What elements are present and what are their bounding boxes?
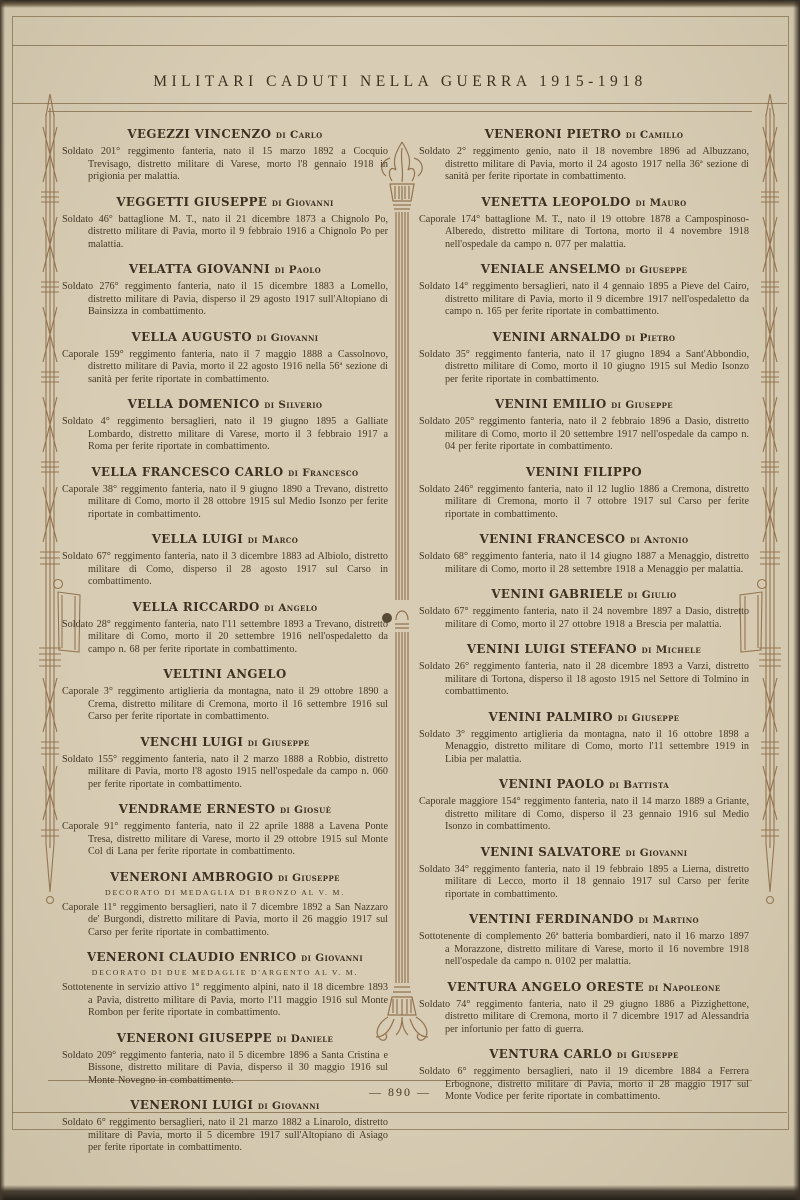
soldier-surname-forename: VENERONI PIETRO (485, 127, 622, 141)
soldier-record-text: Soldato 3° reggimento artiglieria da mon… (419, 729, 749, 767)
page-number: — 890 — (0, 1085, 800, 1100)
under-title-rule (12, 103, 787, 104)
photo-edge-bottom (0, 1185, 800, 1200)
soldier-entry: VELTINI ANGELO Caporale 3° reggimento ar… (62, 667, 388, 724)
soldier-patronymic: di Giulio (628, 589, 677, 601)
soldier-record-text: Soldato 34° reggimento fanteria, nato il… (419, 864, 749, 902)
soldier-entry: VENDRAME ERNESTO di Giosuè Caporale 91° … (62, 802, 388, 859)
soldier-name: VENINI SALVATORE di Giovanni (419, 845, 749, 859)
soldier-patronymic: di Giuseppe (248, 737, 310, 749)
soldier-name: VENCHI LUIGI di Giuseppe (62, 735, 388, 749)
soldier-record-text: Caporale maggiore 154° reggimento fanter… (419, 796, 749, 834)
soldier-record-text: Caporale 11° reggimento bersaglieri, nat… (62, 902, 388, 940)
soldier-record-text: Caporale 38° reggimento fanteria, nato i… (62, 484, 388, 522)
soldier-record-text: Soldato 246° reggimento fanteria, nato i… (419, 484, 749, 522)
soldier-entry: VENINI SALVATORE di Giovanni Soldato 34°… (419, 845, 749, 902)
soldier-entry: VELLA DOMENICO di Silverio Soldato 4° re… (62, 397, 388, 454)
soldier-patronymic: di Giovanni (258, 1100, 320, 1112)
soldier-patronymic: di Carlo (276, 129, 323, 141)
soldier-name: VELLA FRANCESCO CARLO di Francesco (62, 465, 388, 479)
soldier-entry: VENINI PAOLO di Battista Caporale maggio… (419, 777, 749, 834)
soldier-name: VENTURA CARLO di Giuseppe (419, 1047, 749, 1061)
soldier-surname-forename: VENINI PAOLO (499, 777, 605, 791)
soldier-record-text: Soldato 209° reggimento fanteria, nato i… (62, 1050, 388, 1088)
soldier-record-text: Soldato 2° reggimento genio, nato il 18 … (419, 146, 749, 184)
soldier-record-text: Soldato 35° reggimento fanteria, nato il… (419, 349, 749, 387)
soldier-entry: VENINI FRANCESCO di Antonio Soldato 68° … (419, 532, 749, 576)
soldier-name: VENERONI GIUSEPPE di Daniele (62, 1031, 388, 1045)
column-left: VEGEZZI VINCENZO di Carlo Soldato 201° r… (62, 127, 388, 1166)
soldier-record-text: Caporale 91° reggimento fanteria, nato i… (62, 821, 388, 859)
soldier-surname-forename: VENIALE ANSELMO (481, 262, 621, 276)
photo-edge-top (0, 0, 800, 8)
soldier-patronymic: di Marco (248, 534, 299, 546)
soldier-entry: VENTINI FERDINANDO di Martino Sottotenen… (419, 912, 749, 969)
soldier-name: VENERONI CLAUDIO ENRICO di Giovanni (62, 950, 388, 964)
soldier-decoration: DECORATO DI DUE MEDAGLIE D'ARGENTO AL V.… (62, 968, 388, 977)
soldier-patronymic: di Giuseppe (278, 872, 340, 884)
soldier-record-text: Soldato 14° reggimento bersaglieri, nato… (419, 281, 749, 319)
soldier-patronymic: di Giuseppe (618, 712, 680, 724)
soldier-patronymic: di Daniele (277, 1033, 334, 1045)
soldier-surname-forename: VENINI GABRIELE (491, 587, 623, 601)
soldier-patronymic: di Francesco (288, 467, 358, 479)
soldier-patronymic: di Michele (642, 644, 702, 656)
soldier-surname-forename: VELLA FRANCESCO CARLO (91, 465, 283, 479)
soldier-record-text: Soldato 68° reggimento fanteria, nato il… (419, 551, 749, 576)
soldier-name: VELLA DOMENICO di Silverio (62, 397, 388, 411)
soldier-name: VENINI GABRIELE di Giulio (419, 587, 749, 601)
soldier-record-text: Sottotenente di complemento 26ª batteria… (419, 931, 749, 969)
soldier-patronymic: di Giovanni (626, 847, 688, 859)
top-rule-2 (12, 45, 787, 46)
soldier-record-text: Soldato 155° reggimento fanteria, nato i… (62, 754, 388, 792)
soldier-name: VENINI EMILIO di Giuseppe (419, 397, 749, 411)
soldier-patronymic: di Giovanni (257, 332, 319, 344)
photo-edge-left (0, 0, 5, 1200)
soldier-entry: VENTURA ANGELO ORESTE di Napoleone Solda… (419, 980, 749, 1037)
soldier-entry: VELLA AUGUSTO di Giovanni Caporale 159° … (62, 330, 388, 387)
soldier-name: VELLA RICCARDO di Angelo (62, 600, 388, 614)
soldier-surname-forename: VENTINI FERDINANDO (469, 912, 634, 926)
soldier-surname-forename: VELLA RICCARDO (132, 600, 259, 614)
soldier-record-text: Caporale 3° reggimento artiglieria da mo… (62, 686, 388, 724)
soldier-patronymic: di Angelo (264, 602, 317, 614)
soldier-surname-forename: VEGGETTI GIUSEPPE (116, 195, 267, 209)
soldier-surname-forename: VENTURA CARLO (489, 1047, 612, 1061)
soldier-name: VELLA LUIGI di Marco (62, 532, 388, 546)
soldier-surname-forename: VELLA AUGUSTO (132, 330, 253, 344)
soldier-surname-forename: VELLA LUIGI (152, 532, 243, 546)
soldier-surname-forename: VENCHI LUIGI (140, 735, 243, 749)
soldier-surname-forename: VENERONI GIUSEPPE (117, 1031, 272, 1045)
soldier-patronymic: di Martino (638, 914, 699, 926)
soldier-name: VENERONI AMBROGIO di Giuseppe (62, 870, 388, 884)
soldier-entry: VENERONI AMBROGIO di Giuseppe DECORATO D… (62, 870, 388, 940)
soldier-surname-forename: VENINI FRANCESCO (480, 532, 626, 546)
soldier-entry: VELLA LUIGI di Marco Soldato 67° reggime… (62, 532, 388, 589)
soldier-surname-forename: VENERONI AMBROGIO (110, 870, 273, 884)
soldier-entry: VENINI PALMIRO di Giuseppe Soldato 3° re… (419, 710, 749, 767)
soldier-entry: VENINI LUIGI STEFANO di Michele Soldato … (419, 642, 749, 699)
soldier-record-text: Soldato 28° reggimento fanteria, nato l'… (62, 619, 388, 657)
soldier-name: VENTURA ANGELO ORESTE di Napoleone (419, 980, 749, 994)
soldier-surname-forename: VENINI PALMIRO (489, 710, 614, 724)
soldier-record-text: Soldato 205° reggimento fanteria, nato i… (419, 416, 749, 454)
soldier-surname-forename: VENERONI LUIGI (130, 1098, 253, 1112)
soldier-record-text: Soldato 74° reggimento fanteria, nato il… (419, 999, 749, 1037)
soldier-surname-forename: VENERONI CLAUDIO ENRICO (87, 950, 297, 964)
soldier-entry: VENETTA LEOPOLDO di Mauro Caporale 174° … (419, 195, 749, 252)
soldier-entry: VEGGETTI GIUSEPPE di Giovanni Soldato 46… (62, 195, 388, 252)
soldier-name: VENINI FILIPPO (419, 465, 749, 479)
soldier-entry: VELATTA GIOVANNI di Paolo Soldato 276° r… (62, 262, 388, 319)
soldier-surname-forename: VELATTA GIOVANNI (129, 262, 270, 276)
soldier-name: VELATTA GIOVANNI di Paolo (62, 262, 388, 276)
soldier-entry: VEGEZZI VINCENZO di Carlo Soldato 201° r… (62, 127, 388, 184)
soldier-patronymic: di Giuseppe (625, 264, 687, 276)
soldier-name: VEGEZZI VINCENZO di Carlo (62, 127, 388, 141)
soldier-patronymic: di Giosuè (280, 804, 331, 816)
soldier-patronymic: di Silverio (264, 399, 322, 411)
soldier-surname-forename: VENETTA LEOPOLDO (481, 195, 631, 209)
soldier-record-text: Caporale 159° reggimento fanteria, nato … (62, 349, 388, 387)
soldier-surname-forename: VENINI LUIGI STEFANO (467, 642, 637, 656)
soldier-entry: VENERONI LUIGI di Giovanni Soldato 6° re… (62, 1098, 388, 1155)
soldier-entry: VENINI GABRIELE di Giulio Soldato 67° re… (419, 587, 749, 631)
soldier-name: VELLA AUGUSTO di Giovanni (62, 330, 388, 344)
soldier-name: VENERONI PIETRO di Camillo (419, 127, 749, 141)
soldier-name: VENTINI FERDINANDO di Martino (419, 912, 749, 926)
soldier-record-text: Soldato 67° reggimento fanteria, nato il… (419, 606, 749, 631)
soldier-entry: VENINI ARNALDO di Pietro Soldato 35° reg… (419, 330, 749, 387)
soldier-record-text: Soldato 26° reggimento fanteria, nato il… (419, 661, 749, 699)
soldier-surname-forename: VEGEZZI VINCENZO (127, 127, 271, 141)
soldier-patronymic: di Mauro (635, 197, 686, 209)
soldier-entry: VENIALE ANSELMO di Giuseppe Soldato 14° … (419, 262, 749, 319)
soldier-surname-forename: VENTURA ANGELO ORESTE (447, 980, 644, 994)
soldier-name: VELTINI ANGELO (62, 667, 388, 681)
soldier-name: VENINI PALMIRO di Giuseppe (419, 710, 749, 724)
soldier-record-text: Caporale 174° battaglione M. T., nato il… (419, 214, 749, 252)
soldier-decoration: DECORATO DI MEDAGLIA DI BRONZO AL V. M. (62, 888, 388, 897)
soldier-name: VENINI FRANCESCO di Antonio (419, 532, 749, 546)
soldier-surname-forename: VELLA DOMENICO (128, 397, 260, 411)
soldier-name: VENINI LUIGI STEFANO di Michele (419, 642, 749, 656)
soldier-entry: VENERONI GIUSEPPE di Daniele Soldato 209… (62, 1031, 388, 1088)
soldier-record-text: Soldato 276° reggimento fanteria, nato i… (62, 281, 388, 319)
soldier-patronymic: di Battista (609, 779, 669, 791)
soldier-entry: VENCHI LUIGI di Giuseppe Soldato 155° re… (62, 735, 388, 792)
soldier-surname-forename: VENINI ARNALDO (493, 330, 621, 344)
page-title: MILITARI CADUTI NELLA GUERRA 1915-1918 (0, 73, 800, 91)
soldier-name: VEGGETTI GIUSEPPE di Giovanni (62, 195, 388, 209)
soldier-patronymic: di Pietro (625, 332, 675, 344)
soldier-patronymic: di Paolo (275, 264, 322, 276)
soldier-record-text: Soldato 46° battaglione M. T., nato il 2… (62, 214, 388, 252)
content-frame-top-rule (48, 111, 752, 112)
soldier-entry: VENINI FILIPPO Soldato 246° reggimento f… (419, 465, 749, 522)
soldier-name: VENINI PAOLO di Battista (419, 777, 749, 791)
soldier-surname-forename: VENINI EMILIO (495, 397, 607, 411)
soldier-entry: VENERONI CLAUDIO ENRICO di Giovanni DECO… (62, 950, 388, 1020)
soldier-name: VENDRAME ERNESTO di Giosuè (62, 802, 388, 816)
soldier-record-text: Sottotenente in servizio attivo 1° reggi… (62, 982, 388, 1020)
soldier-name: VENIALE ANSELMO di Giuseppe (419, 262, 749, 276)
soldier-patronymic: di Napoleone (648, 982, 720, 994)
soldier-record-text: Soldato 201° reggimento fanteria, nato i… (62, 146, 388, 184)
soldier-record-text: Soldato 6° reggimento bersaglieri, nato … (62, 1117, 388, 1155)
soldier-patronymic: di Antonio (630, 534, 689, 546)
soldier-patronymic: di Giovanni (301, 952, 363, 964)
soldier-record-text: Soldato 4° reggimento bersaglieri, nato … (62, 416, 388, 454)
memorial-book-page: MILITARI CADUTI NELLA GUERRA 1915-1918 (0, 0, 800, 1200)
soldier-entry: VENERONI PIETRO di Camillo Soldato 2° re… (419, 127, 749, 184)
soldier-patronymic: di Giovanni (272, 197, 334, 209)
soldier-surname-forename: VENINI FILIPPO (526, 465, 642, 479)
soldier-surname-forename: VELTINI ANGELO (163, 667, 286, 681)
soldier-record-text: Soldato 67° reggimento fanteria, nato il… (62, 551, 388, 589)
soldier-name: VENETTA LEOPOLDO di Mauro (419, 195, 749, 209)
soldier-patronymic: di Camillo (626, 129, 684, 141)
soldier-entry: VENINI EMILIO di Giuseppe Soldato 205° r… (419, 397, 749, 454)
soldier-name: VENINI ARNALDO di Pietro (419, 330, 749, 344)
soldier-entry: VELLA FRANCESCO CARLO di Francesco Capor… (62, 465, 388, 522)
soldier-surname-forename: VENDRAME ERNESTO (119, 802, 276, 816)
soldier-patronymic: di Giuseppe (611, 399, 673, 411)
column-right: VENERONI PIETRO di Camillo Soldato 2° re… (419, 127, 749, 1115)
soldier-patronymic: di Giuseppe (617, 1049, 679, 1061)
soldier-name: VENERONI LUIGI di Giovanni (62, 1098, 388, 1112)
soldier-surname-forename: VENINI SALVATORE (481, 845, 621, 859)
soldier-entry: VELLA RICCARDO di Angelo Soldato 28° reg… (62, 600, 388, 657)
